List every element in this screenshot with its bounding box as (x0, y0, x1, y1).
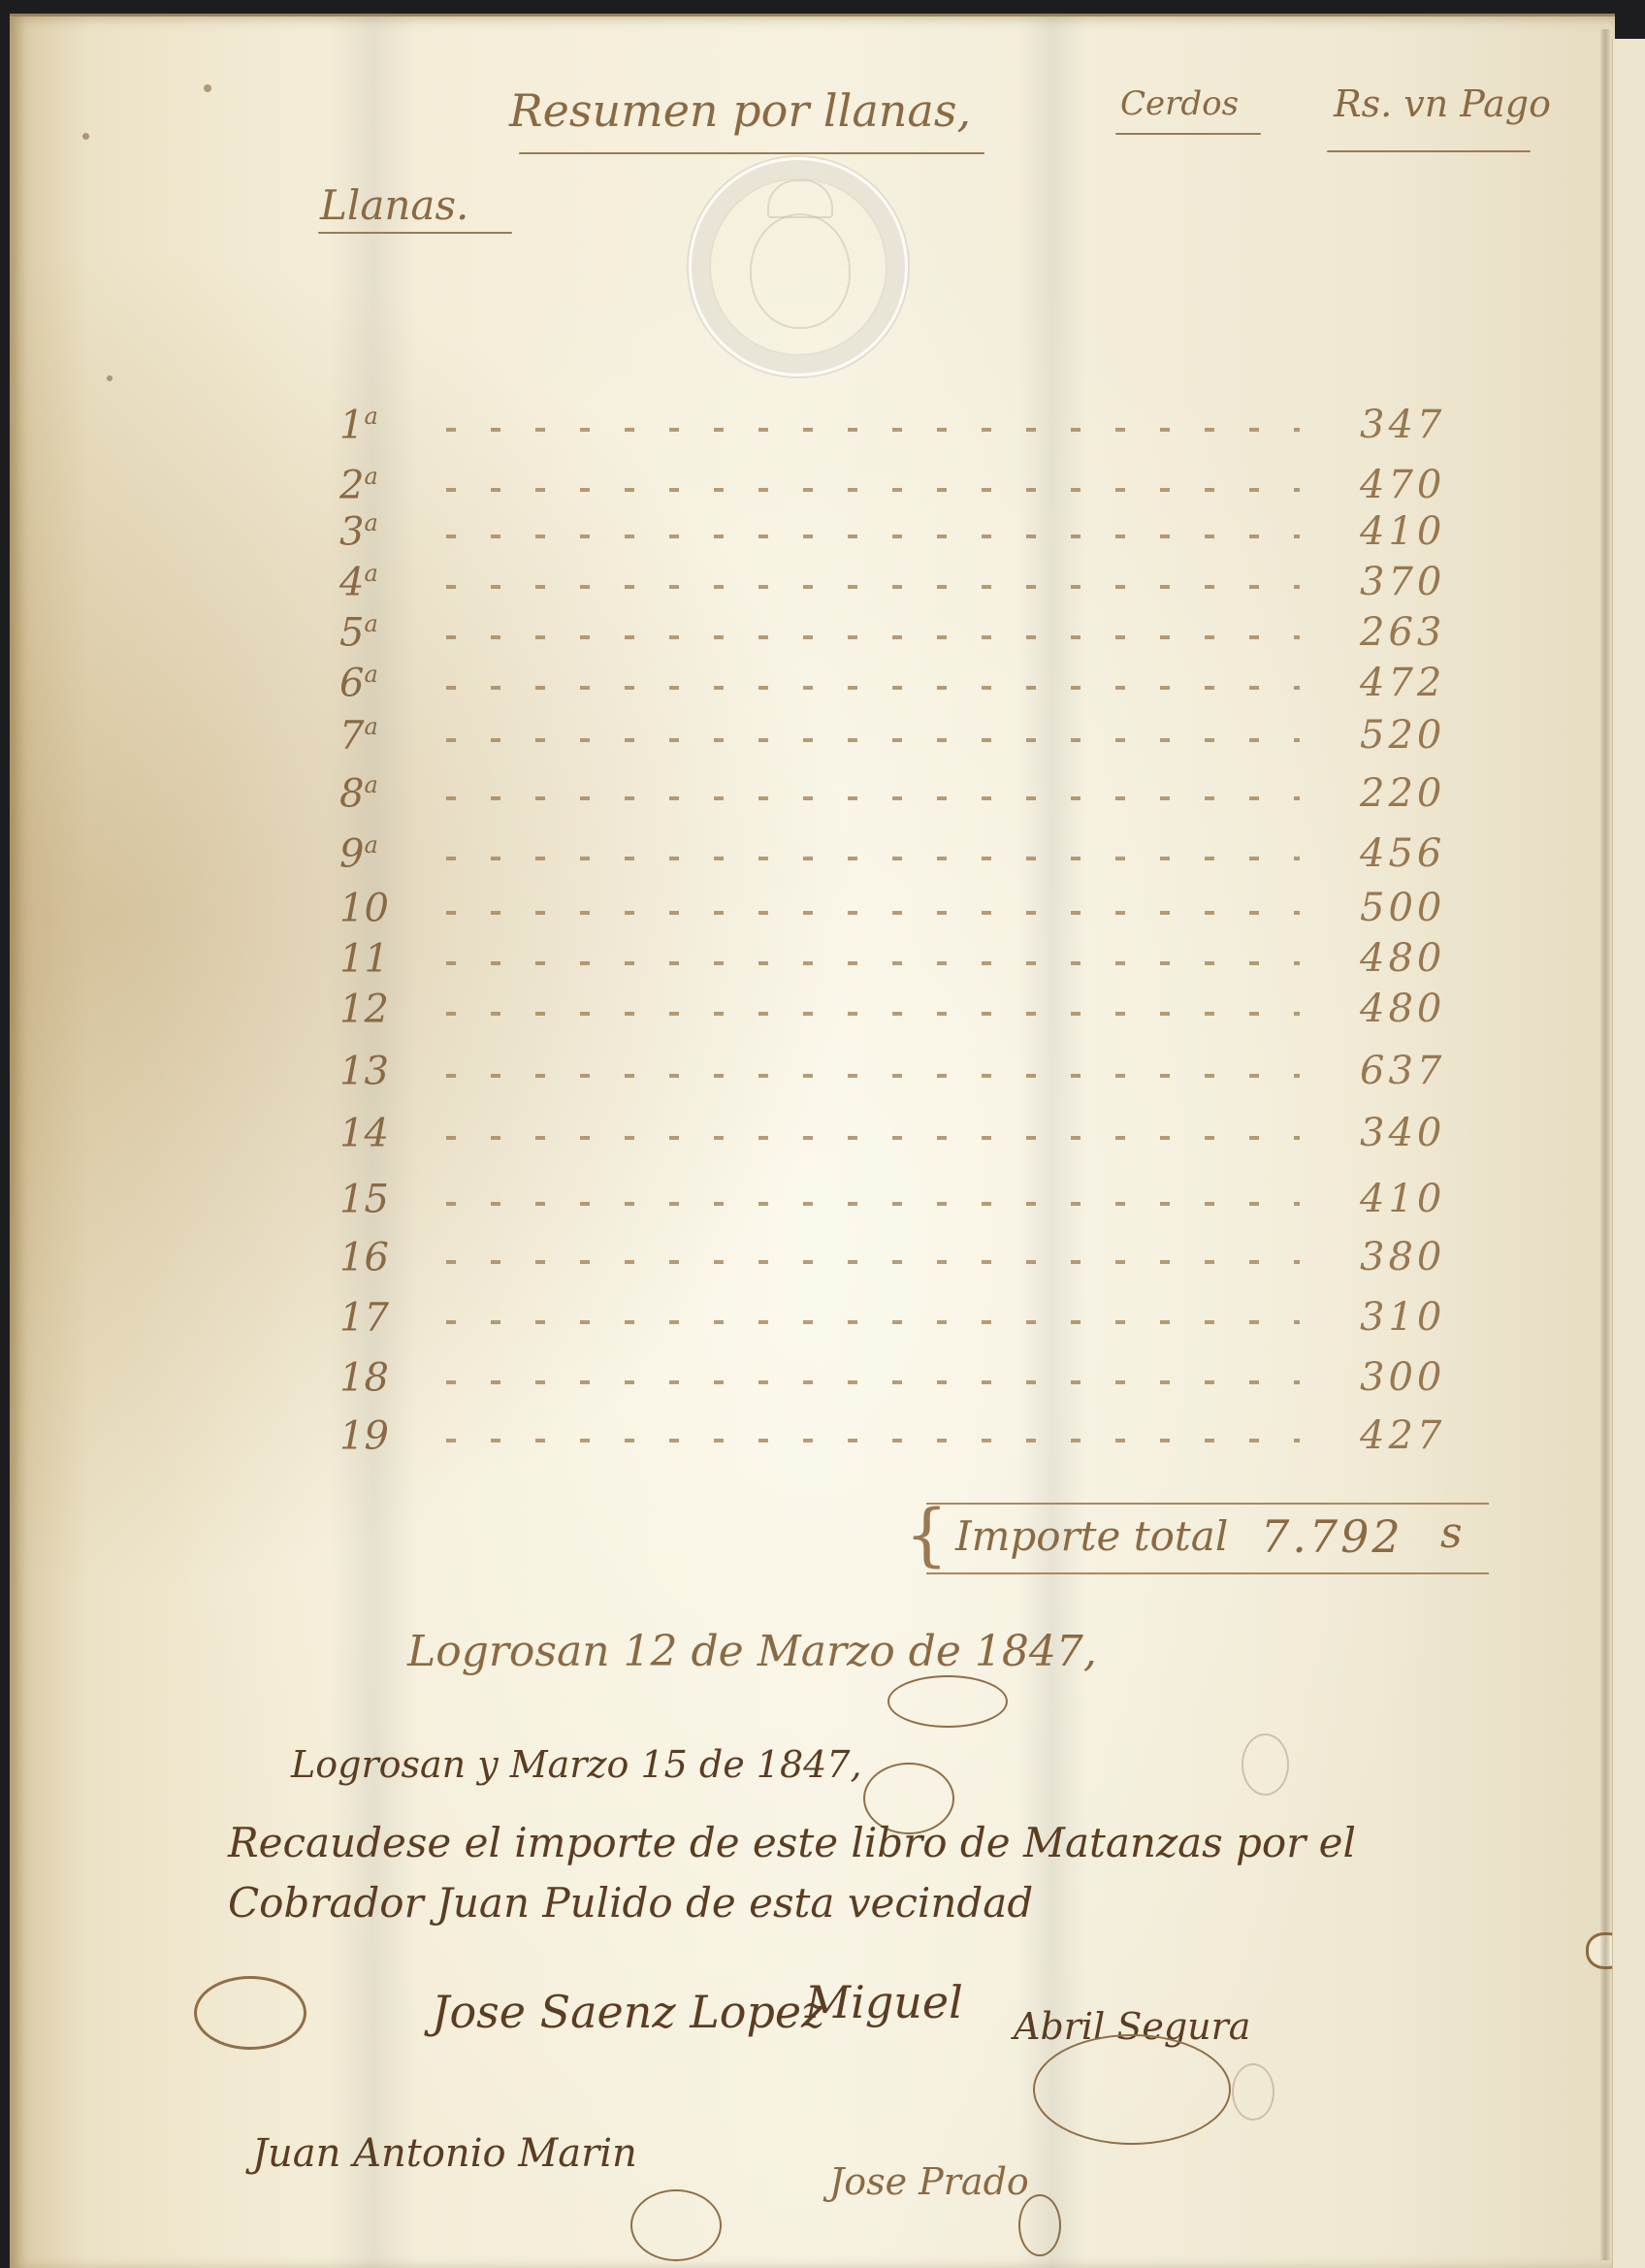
total-box: { Importe total 7.792 s (926, 1503, 1489, 1574)
dotted-leader (446, 1202, 1300, 1206)
amount: 300 (1360, 1355, 1445, 1400)
table-row: 15 410 (10, 1177, 1523, 1225)
table-row: 6a 472 (10, 661, 1523, 709)
total-label: Importe total (955, 1512, 1228, 1560)
total-suffix: s (1440, 1508, 1463, 1558)
dotted-leader (446, 635, 1300, 639)
amount: 480 (1360, 936, 1445, 981)
decree-date: Logrosan y Marzo 15 de 1847, (291, 1743, 862, 1786)
table-row: 17 310 (10, 1295, 1523, 1344)
rubric-flourish (194, 1976, 306, 2050)
decree-line-2: Cobrador Juan Pulido de esta vecindad (228, 1879, 1033, 1927)
dotted-leader (446, 535, 1300, 538)
signature: Jose Prado (829, 2160, 1029, 2203)
table-row: 8a 220 (10, 771, 1523, 820)
amount: 472 (1360, 661, 1445, 705)
amount: 427 (1360, 1413, 1445, 1458)
signature: Jose Saenz Lopez (432, 1986, 824, 2038)
rubric-flourish (630, 2189, 722, 2261)
amount: 637 (1360, 1049, 1445, 1093)
title-underline (519, 152, 984, 154)
page-title: Resumen por llanas, (509, 84, 971, 137)
table-row: 5a 263 (10, 610, 1523, 659)
dotted-leader (446, 961, 1300, 965)
table-row: 9a 456 (10, 831, 1523, 880)
column-header-llanas: Llanas. (320, 181, 468, 229)
amount: 347 (1360, 403, 1445, 447)
amount: 410 (1360, 509, 1445, 554)
amount: 380 (1360, 1235, 1445, 1280)
amount: 310 (1360, 1295, 1445, 1340)
table-row: 10 500 (10, 886, 1523, 934)
table-row: 16 380 (10, 1235, 1523, 1283)
amount: 220 (1360, 771, 1445, 816)
dotted-leader (446, 1320, 1300, 1324)
signature: Juan Antonio Marin (252, 2131, 637, 2176)
table-row: 1a 347 (10, 403, 1523, 451)
ink-spot (107, 375, 113, 381)
column-header-cerdos: Cerdos (1120, 84, 1239, 123)
dotted-leader (446, 738, 1300, 742)
dotted-leader (446, 1074, 1300, 1078)
amount: 470 (1360, 463, 1445, 507)
amount: 456 (1360, 831, 1445, 876)
amount: 410 (1360, 1177, 1445, 1221)
table-row: 12 480 (10, 987, 1523, 1035)
amount: 520 (1360, 713, 1445, 758)
table-row: 7a 520 (10, 713, 1523, 761)
amount: 480 (1360, 987, 1445, 1031)
amount: 370 (1360, 560, 1445, 604)
embossed-seal (689, 157, 908, 376)
dotted-leader (446, 1136, 1300, 1140)
table-row: 11 480 (10, 936, 1523, 985)
pencil-circle-mark (1242, 1733, 1289, 1796)
page-fold (1600, 29, 1610, 2260)
amount: 500 (1360, 886, 1445, 930)
dotted-leader (446, 1380, 1300, 1384)
dotted-leader (446, 488, 1300, 492)
ink-spot (204, 84, 211, 92)
dotted-leader (446, 686, 1300, 690)
dotted-leader (446, 796, 1300, 800)
table-row: 14 340 (10, 1111, 1523, 1159)
date-line: Logrosan 12 de Marzo de 1847, (407, 1627, 1097, 1676)
dotted-leader (446, 428, 1300, 432)
amount: 263 (1360, 610, 1445, 655)
pencil-circle-mark (1232, 2063, 1274, 2121)
crown-icon (767, 179, 833, 218)
table-row: 13 637 (10, 1049, 1523, 1097)
column-header-pago: Rs. vn Pago (1334, 82, 1551, 125)
table-row: 19 427 (10, 1413, 1523, 1462)
dotted-leader (446, 857, 1300, 860)
manuscript-page: Resumen por llanas, Cerdos Rs. vn Pago L… (10, 14, 1615, 2268)
column-underline (1115, 133, 1261, 135)
table-row: 4a 370 (10, 560, 1523, 608)
table-row: 3a 410 (10, 509, 1523, 558)
rubric-flourish (1018, 2194, 1061, 2256)
decree-line-1: Recaudese el importe de este libro de Ma… (228, 1819, 1356, 1866)
dotted-leader (446, 1260, 1300, 1264)
rubric-flourish (887, 1675, 1008, 1728)
table-row: 18 300 (10, 1355, 1523, 1404)
signature: Miguel (805, 1976, 963, 2028)
dotted-leader (446, 911, 1300, 915)
coat-of-arms-icon (750, 213, 851, 329)
facing-page-edge (1612, 39, 1645, 2268)
amount: 340 (1360, 1111, 1445, 1155)
table-row: 2a 470 (10, 463, 1523, 511)
left-brace-icon: { (905, 1495, 949, 1574)
column-underline (318, 232, 512, 234)
ink-spot (82, 133, 89, 140)
total-value: 7.792 (1261, 1510, 1403, 1563)
dotted-leader (446, 1012, 1300, 1016)
rubric-flourish (1033, 2034, 1231, 2145)
column-underline (1327, 150, 1531, 152)
dotted-leader (446, 1439, 1300, 1442)
dotted-leader (446, 585, 1300, 589)
